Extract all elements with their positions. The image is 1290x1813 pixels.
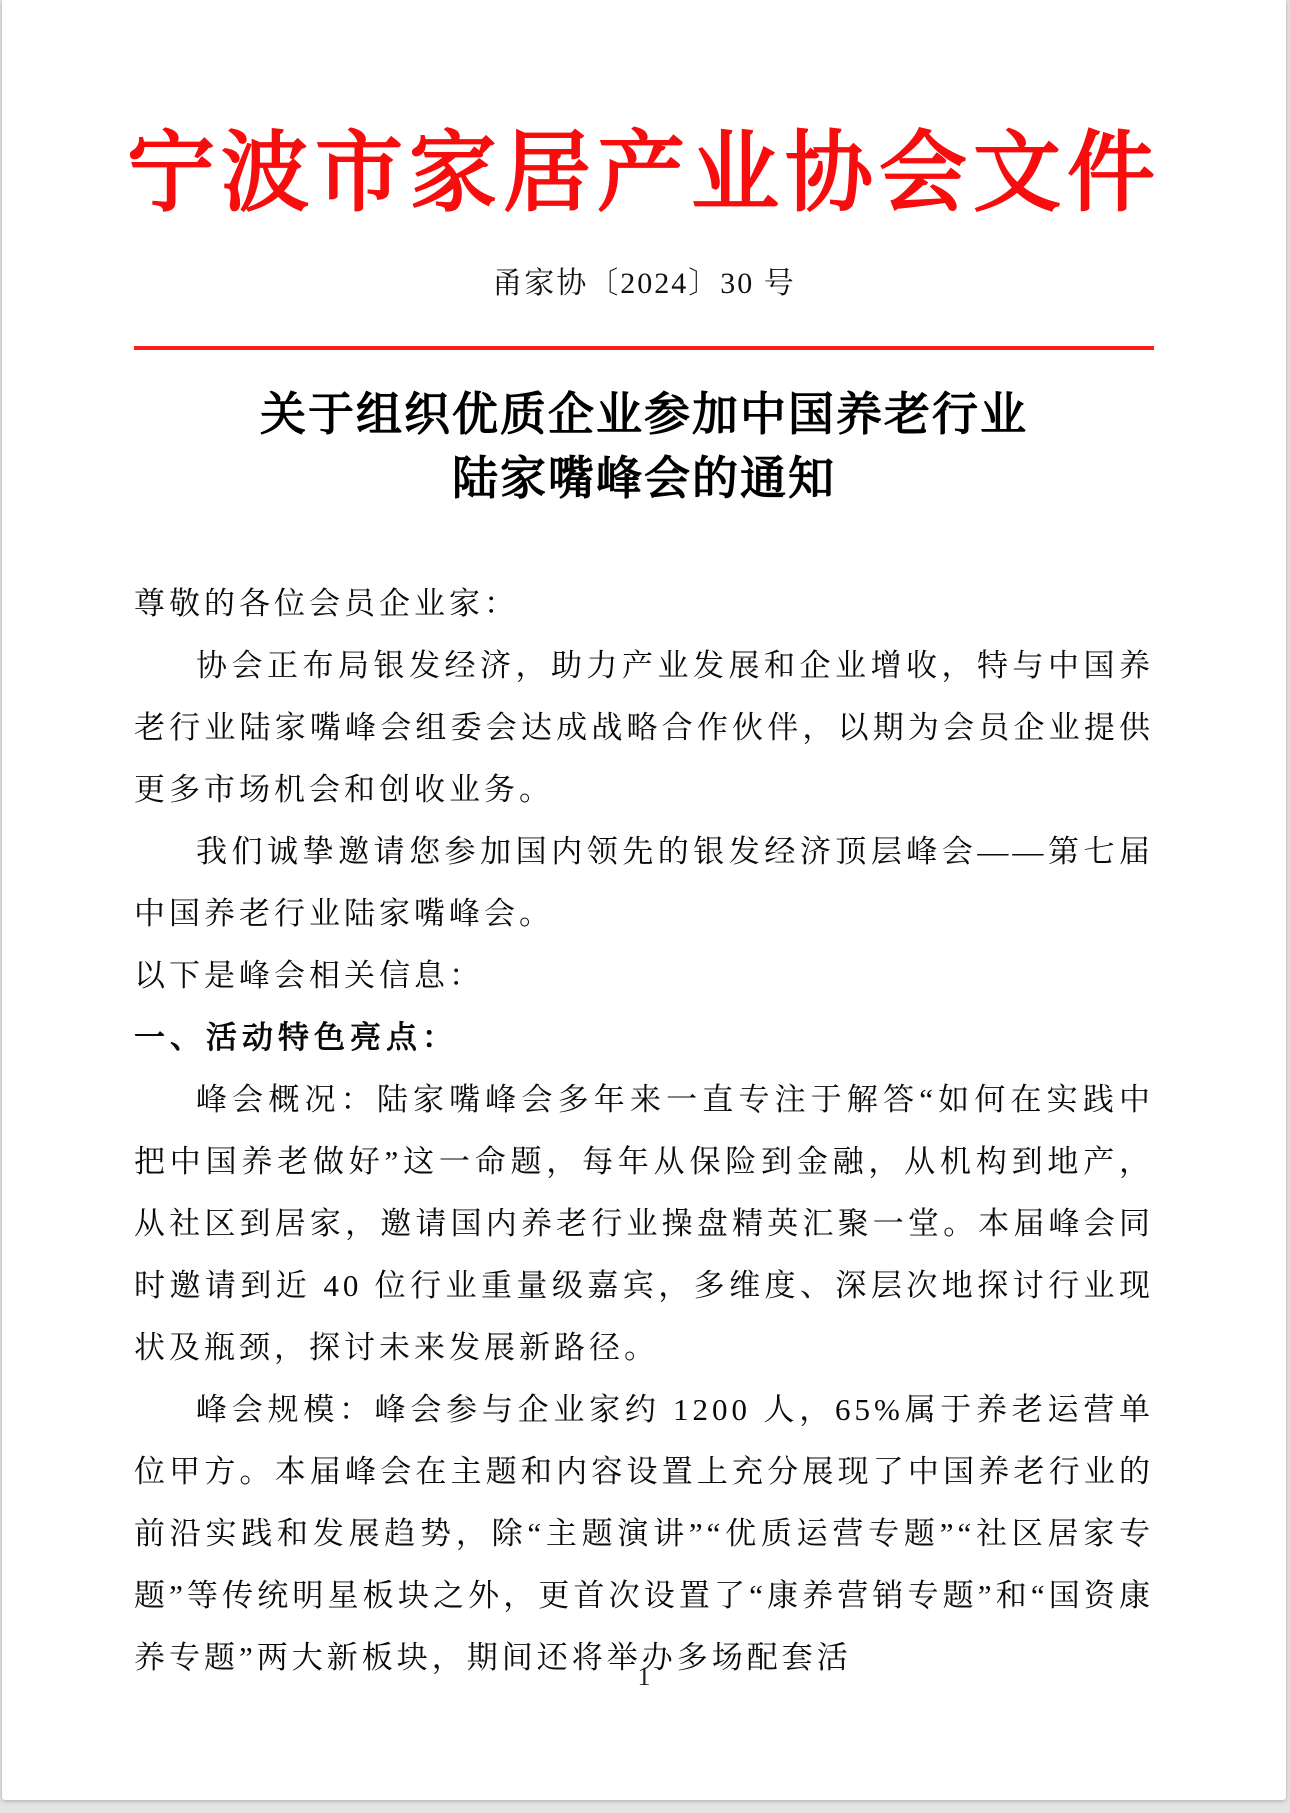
letterhead-divider-rule	[134, 346, 1154, 350]
document-page: 宁波市家居产业协会文件 甬家协〔2024〕30 号 关于组织优质企业参加中国养老…	[2, 0, 1286, 1800]
info-intro-line: 以下是峰会相关信息：	[134, 945, 1154, 1007]
paragraph-summit-overview: 峰会概况：陆家嘴峰会多年来一直专注于解答“如何在实践中把中国养老做好”这一命题，…	[134, 1069, 1154, 1379]
salutation: 尊敬的各位会员企业家：	[134, 573, 1154, 635]
document-body: 尊敬的各位会员企业家： 协会正布局银发经济，助力产业发展和企业增收，特与中国养老…	[134, 573, 1154, 1689]
letterhead: 宁波市家居产业协会文件 甬家协〔2024〕30 号	[2, 0, 1286, 350]
paragraph-strategy: 协会正布局银发经济，助力产业发展和企业增收，特与中国养老行业陆家嘴峰会组委会达成…	[134, 635, 1154, 821]
page-number: 1	[2, 1662, 1286, 1692]
letterhead-org-title: 宁波市家居产业协会文件	[2, 118, 1286, 228]
section-1-heading: 一、活动特色亮点：	[134, 1007, 1154, 1069]
paragraph-invitation: 我们诚挚邀请您参加国内领先的银发经济顶层峰会——第七届中国养老行业陆家嘴峰会。	[134, 821, 1154, 945]
doc-number: 甬家协〔2024〕30 号	[2, 264, 1286, 304]
document-title-line-2: 陆家嘴峰会的通知	[2, 447, 1286, 511]
document-title-line-1: 关于组织优质企业参加中国养老行业	[2, 383, 1286, 447]
paragraph-summit-scale: 峰会规模：峰会参与企业家约 1200 人，65%属于养老运营单位甲方。本届峰会在…	[134, 1379, 1154, 1689]
document-title: 关于组织优质企业参加中国养老行业 陆家嘴峰会的通知	[2, 383, 1286, 511]
document-viewer: { "colors": { "accent_red": "#f70d0d", "…	[0, 0, 1290, 1813]
